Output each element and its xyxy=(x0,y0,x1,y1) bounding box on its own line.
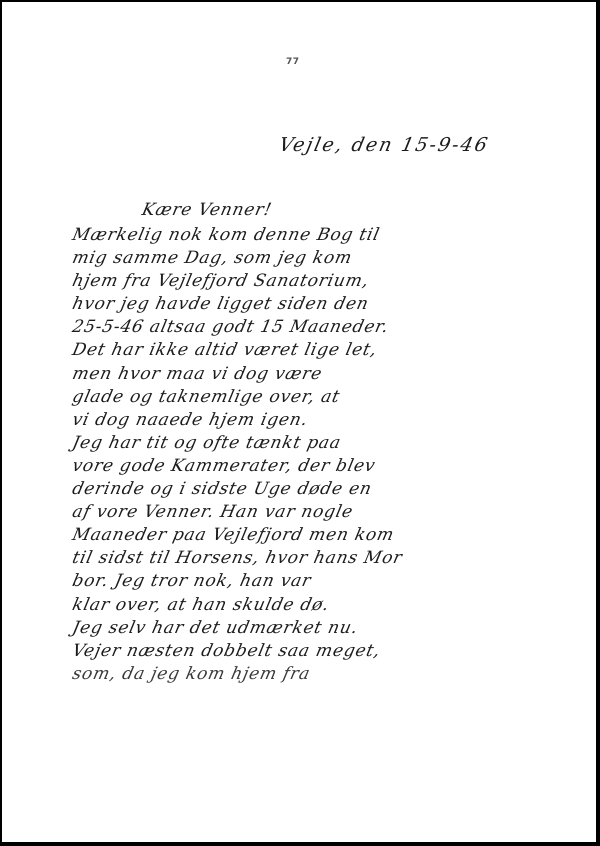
letter-line: Jeg selv har det udmærket nu. xyxy=(70,617,575,640)
letter-line: vi dog naaede hjem igen. xyxy=(70,409,575,432)
letter-line: klar over, at han skulde dø. xyxy=(70,594,575,617)
letter-line: Mærkelig nok kom denne Bog til xyxy=(70,224,575,247)
letter-line: Vejer næsten dobbelt saa meget, xyxy=(70,640,575,663)
page-number: 77 xyxy=(286,57,300,67)
letter-line: vore gode Kammerater, der blev xyxy=(70,455,575,478)
letter-line: af vore Venner. Han var nogle xyxy=(70,501,575,524)
letter-line: men hvor maa vi dog være xyxy=(70,363,575,386)
letter-line: Det har ikke altid været lige let, xyxy=(70,339,575,362)
letter-line: hjem fra Vejlefjord Sanatorium, xyxy=(70,270,575,293)
letter-line: derinde og i sidste Uge døde en xyxy=(70,478,575,501)
letter-line: Maaneder paa Vejlefjord men kom xyxy=(70,524,575,547)
letter-line: hvor jeg havde ligget siden den xyxy=(70,293,575,316)
letter-line: mig samme Dag, som jeg kom xyxy=(70,247,575,270)
letter-line: bor. Jeg tror nok, han var xyxy=(70,570,575,593)
letter-line: 25-5-46 altsaa godt 15 Maaneder. xyxy=(70,316,575,339)
letter-line: som, da jeg kom hjem fra xyxy=(70,663,575,686)
letter-place-date: Vejle, den 15-9-46 xyxy=(277,134,491,156)
letter-line: glade og taknemlige over, at xyxy=(70,386,575,409)
letter-salutation: Kære Venner! xyxy=(140,200,274,220)
letter-body: Mærkelig nok kom denne Bog til mig samme… xyxy=(70,224,570,686)
scanned-letter-page: 77 Vejle, den 15-9-46 Kære Venner! Mærke… xyxy=(0,0,600,846)
letter-line: Jeg har tit og ofte tænkt paa xyxy=(70,432,575,455)
letter-line: til sidst til Horsens, hvor hans Mor xyxy=(70,547,575,570)
